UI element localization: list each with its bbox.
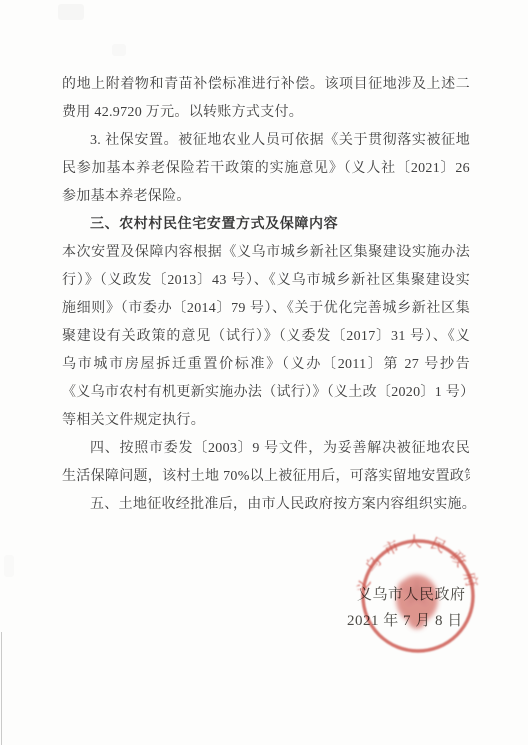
scan-edge-artifact — [1, 632, 2, 745]
issue-date: 2021 年 7 月 8 日 — [347, 609, 463, 630]
text-line: 《义乌市农村有机更新实施办法（试行）》（义土改〔2020〕1 号） — [62, 379, 470, 407]
text-line: 行）》（义政发〔2013〕43 号）、《义乌市城乡新社区集聚建设实 — [62, 267, 470, 295]
text-line: 聚建设有关政策的意见（试行）》（义委发〔2017〕31 号）、《义 — [62, 323, 470, 351]
text-line: 3. 社保安置。被征地农业人员可依据《关于贯彻落实被征地农 — [62, 127, 470, 155]
text-line: 五、土地征收经批准后，由市人民政府按方案内容组织实施。 — [62, 491, 470, 519]
text-line: 乌市城市房屋拆迁重置价标准》（义办〔2011〕第 27 号抄告单）、 — [62, 351, 470, 379]
scan-artifact — [58, 4, 84, 20]
body-text: 的地上附着物和青苗补偿标准进行补偿。该项目征地涉及上述二项费用 42.9720 … — [62, 71, 470, 519]
text-line: 生活保障问题，该村土地 70%以上被征用后，可落实留地安置政策。 — [62, 463, 470, 491]
text-line: 施细则》（市委办〔2014〕79 号）、《关于优化完善城乡新社区集 — [62, 295, 470, 323]
issuer-signature: 义乌市人民政府 — [357, 583, 466, 604]
text-line: 本次安置及保障内容根据《义乌市城乡新社区集聚建设实施办法（试 — [62, 239, 470, 267]
document-page: 的地上附着物和青苗补偿标准进行补偿。该项目征地涉及上述二项费用 42.9720 … — [0, 0, 528, 745]
text-line: 参加基本养老保险。 — [62, 183, 470, 211]
text-line: 四、按照市委发〔2003〕9 号文件，为妥善解决被征地农民的 — [62, 435, 470, 463]
text-line: 民参加基本养老保险若干政策的实施意见》（义人社〔2021〕26 号） — [62, 155, 470, 183]
text-line: 费用 42.9720 万元。以转账方式支付。 — [62, 99, 470, 127]
scan-artifact — [112, 44, 126, 56]
text-line: 的地上附着物和青苗补偿标准进行补偿。该项目征地涉及上述二项 — [62, 71, 470, 99]
text-line: 三、农村村民住宅安置方式及保障内容 — [62, 211, 470, 239]
text-line: 等相关文件规定执行。 — [62, 407, 470, 435]
scan-artifact — [4, 555, 14, 577]
